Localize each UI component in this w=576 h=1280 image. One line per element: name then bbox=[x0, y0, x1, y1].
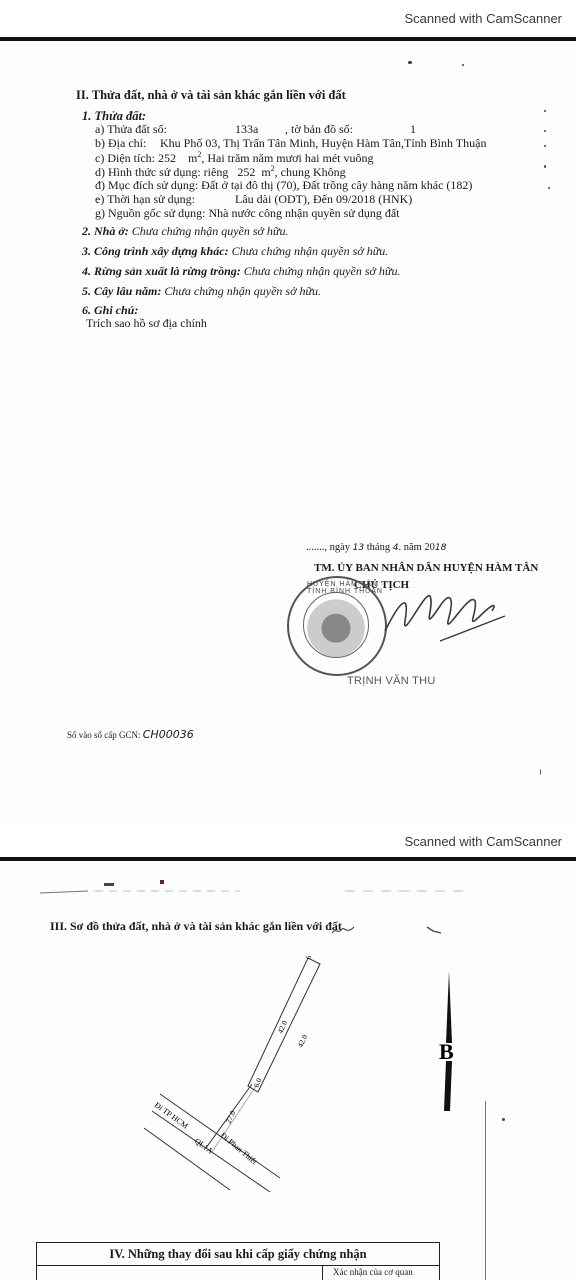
use-form-unit: m bbox=[261, 165, 270, 179]
issue-day: 13 bbox=[353, 543, 364, 553]
signer-name: TRỊNH VĂN THU bbox=[347, 675, 436, 687]
scan-speck bbox=[544, 165, 546, 168]
document-page-2: III. Sơ đồ thửa đất, nhà ở và tài sản kh… bbox=[0, 861, 576, 1280]
scan-speck bbox=[502, 1118, 505, 1121]
item-production-forest: 4. Rừng sản xuất là rừng trồng: Chưa chứ… bbox=[82, 264, 400, 279]
scan-speck bbox=[425, 923, 445, 937]
official-seal: HUYỆN HÀM TÂN · TỈNH BÌNH THUẬN bbox=[287, 576, 387, 676]
land-purpose: đ) Mục đích sử dụng: Đất ở tại đô thị (7… bbox=[95, 178, 472, 193]
handwritten-signature bbox=[380, 571, 510, 651]
scanner-watermark-label: Scanned with CamScanner bbox=[404, 11, 562, 26]
map-sheet-label: , tờ bản đồ số: bbox=[285, 122, 353, 137]
document-page-1: II. Thửa đất, nhà ở và tài sản khác gắn … bbox=[0, 41, 576, 823]
notes-value: Trích sao hồ sơ địa chính bbox=[86, 316, 207, 331]
registry-value: CH00036 bbox=[143, 728, 194, 741]
dim-right-long: 42.0 bbox=[296, 1033, 310, 1049]
area-text: , Hai trăm năm mươi hai mét vuông bbox=[201, 151, 373, 165]
scanner-watermark-label: Scanned with CamScanner bbox=[404, 834, 562, 849]
changes-table-column-header: Xác nhận của cơ quan bbox=[333, 1267, 413, 1277]
seal-emblem-icon bbox=[303, 592, 369, 658]
registry-label: Số vào sổ cấp GCN: bbox=[67, 730, 141, 740]
scanner-watermark-middle: Scanned with CamScanner bbox=[0, 823, 576, 859]
parcel-number-label: a) Thửa đất số: bbox=[95, 122, 167, 137]
map-sheet-value: 1 bbox=[410, 122, 416, 137]
road-name: QL1A bbox=[193, 1136, 215, 1155]
item-other-construction: 3. Công trình xây dựng khác: Chưa chứng … bbox=[82, 244, 388, 259]
changes-table-title: IV. Những thay đổi sau khi cấp giấy chứn… bbox=[37, 1243, 439, 1266]
address-value: Khu Phố 03, Thị Trấn Tân Minh, Huyện Hàm… bbox=[160, 136, 486, 151]
scan-speck bbox=[544, 110, 546, 112]
issue-year: 18 bbox=[435, 543, 446, 553]
scan-speck bbox=[544, 145, 546, 147]
use-form-shared: , chung Không bbox=[275, 165, 346, 179]
area-unit: m bbox=[188, 151, 197, 165]
address-label: b) Địa chỉ: bbox=[95, 136, 146, 151]
north-arrow-icon: B bbox=[430, 971, 466, 1111]
dim-top: 6.0 bbox=[304, 956, 316, 961]
scan-edge-artifacts bbox=[0, 861, 576, 901]
changes-table-right-column: Xác nhận của cơ quan bbox=[322, 1266, 440, 1280]
land-origin: g) Nguồn gốc sử dụng: Nhà nước công nhận… bbox=[95, 206, 399, 221]
handwritten-initials bbox=[330, 923, 356, 937]
scan-speck bbox=[540, 769, 541, 775]
changes-table: IV. Những thay đổi sau khi cấp giấy chứn… bbox=[36, 1242, 440, 1280]
item-perennial-trees: 5. Cây lâu năm: Chưa chứng nhận quyền sở… bbox=[82, 284, 321, 299]
scan-speck bbox=[408, 61, 412, 64]
area-label: c) Diện tích: 252 bbox=[95, 151, 176, 165]
dim-mid: 6.0 bbox=[252, 1076, 264, 1088]
issue-date-line: ......., ngày 13 tháng 4. năm 2018 bbox=[306, 542, 446, 553]
north-letter: B bbox=[439, 1039, 454, 1064]
certificate-registry: Số vào sổ cấp GCN: CH00036 bbox=[67, 728, 194, 741]
term-value: Lâu dài (ODT), Đến 09/2018 (HNK) bbox=[235, 192, 412, 207]
use-form-private: 252 bbox=[237, 165, 255, 179]
parcel-number-value: 133a bbox=[235, 122, 258, 137]
scan-speck bbox=[548, 187, 550, 189]
item-house: 2. Nhà ở: Chưa chứng nhận quyền sở hữu. bbox=[82, 224, 288, 239]
scan-speck bbox=[462, 64, 464, 66]
scan-speck bbox=[544, 130, 546, 132]
scanner-watermark-top: Scanned with CamScanner bbox=[0, 0, 576, 36]
term-label: e) Thời hạn sử dụng: bbox=[95, 192, 195, 207]
dim-access: 27.0 bbox=[224, 1109, 238, 1125]
use-form-label: d) Hình thức sử dụng: riêng bbox=[95, 165, 228, 179]
section-title: III. Sơ đồ thửa đất, nhà ở và tài sản kh… bbox=[50, 919, 342, 934]
page-border-line bbox=[485, 1101, 486, 1280]
parcel-diagram: 6.0 42.0 42.0 6.0 27.0 Đi TP HCM QL1A Đi… bbox=[140, 956, 370, 1196]
section-title: II. Thửa đất, nhà ở và tài sản khác gắn … bbox=[76, 88, 346, 103]
